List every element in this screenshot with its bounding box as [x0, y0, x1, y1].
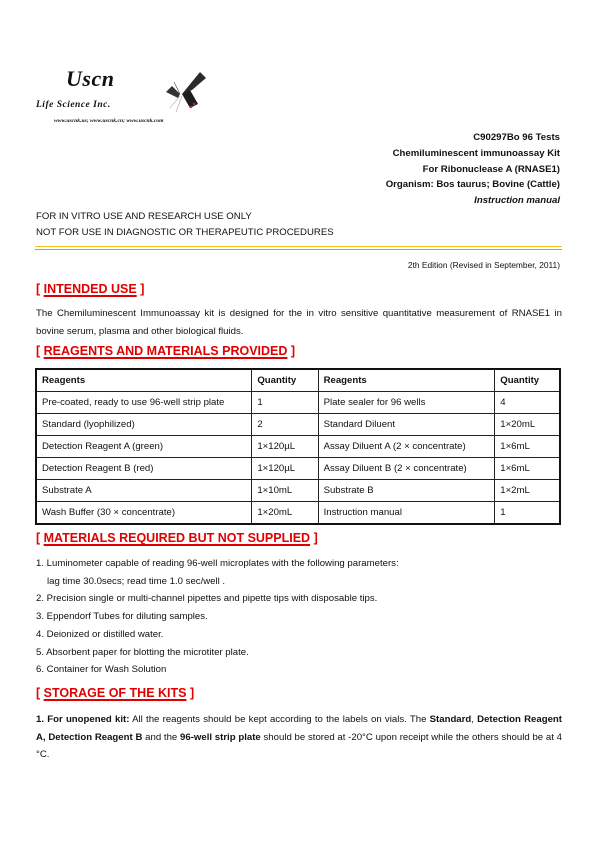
- table-row: Substrate A1×10mLSubstrate B1×2mL: [36, 480, 560, 502]
- list-item: 3. Eppendorf Tubes for diluting samples.: [36, 608, 399, 626]
- storage-text: 1. For unopened kit: All the reagents sh…: [36, 711, 562, 764]
- table-row: Detection Reagent B (red)1×120µLAssay Di…: [36, 458, 560, 480]
- reagent-name-cell: Substrate A: [36, 480, 252, 502]
- list-item: lag time 30.0secs; read time 1.0 sec/wel…: [36, 573, 399, 591]
- intended-use-text: The Chemiluminescent Immunoassay kit is …: [36, 305, 562, 340]
- quantity-cell: 1×10mL: [252, 480, 318, 502]
- section-heading-intended-use: [ INTENDED USE ]: [36, 282, 144, 296]
- product-header: C90297Bo 96 Tests Chemiluminescent immun…: [386, 130, 560, 209]
- reagent-name-cell: Assay Diluent B (2 × concentrate): [318, 458, 495, 480]
- reagent-name-cell: Standard (lyophilized): [36, 414, 252, 436]
- section-heading-reagents: [ REAGENTS AND MATERIALS PROVIDED ]: [36, 344, 295, 358]
- reagent-name-cell: Instruction manual: [318, 502, 495, 525]
- table-row: Pre-coated, ready to use 96-well strip p…: [36, 392, 560, 414]
- column-header: Reagents: [36, 369, 252, 392]
- disclaimer-line: NOT FOR USE IN DIAGNOSTIC OR THERAPEUTIC…: [36, 225, 334, 241]
- reagents-table: Reagents Quantity Reagents Quantity Pre-…: [35, 368, 561, 525]
- list-item: 6. Container for Wash Solution: [36, 661, 399, 679]
- list-item: 4. Deionized or distilled water.: [36, 626, 399, 644]
- quantity-cell: 1: [495, 502, 560, 525]
- section-heading-materials: [ MATERIALS REQUIRED BUT NOT SUPPLIED ]: [36, 531, 318, 545]
- edition-note: 2th Edition (Revised in September, 2011): [408, 260, 560, 270]
- company-logo: Uscn Life Science Inc. www.uscnk.us; www…: [36, 66, 216, 130]
- column-header: Quantity: [495, 369, 560, 392]
- reagent-name-cell: Detection Reagent B (red): [36, 458, 252, 480]
- quantity-cell: 1×20mL: [495, 414, 560, 436]
- table-row: Wash Buffer (30 × concentrate)1×20mLInst…: [36, 502, 560, 525]
- reagent-name-cell: Standard Diluent: [318, 414, 495, 436]
- kit-target: For Ribonuclease A (RNASE1): [386, 162, 560, 178]
- list-item: 2. Precision single or multi-channel pip…: [36, 590, 399, 608]
- quantity-cell: 1×120µL: [252, 436, 318, 458]
- reagent-name-cell: Detection Reagent A (green): [36, 436, 252, 458]
- section-heading-storage: [ STORAGE OF THE KITS ]: [36, 686, 194, 700]
- materials-list: 1. Luminometer capable of reading 96-wel…: [36, 555, 399, 679]
- table-row: Detection Reagent A (green)1×120µLAssay …: [36, 436, 560, 458]
- reagent-name-cell: Substrate B: [318, 480, 495, 502]
- reagent-name-cell: Assay Diluent A (2 × concentrate): [318, 436, 495, 458]
- divider-rule: [35, 249, 562, 250]
- quantity-cell: 4: [495, 392, 560, 414]
- reagent-name-cell: Pre-coated, ready to use 96-well strip p…: [36, 392, 252, 414]
- quantity-cell: 1×120µL: [252, 458, 318, 480]
- logo-brand: Uscn: [66, 66, 114, 92]
- butterfly-icon: [160, 68, 208, 116]
- column-header: Quantity: [252, 369, 318, 392]
- disclaimer-line: FOR IN VITRO USE AND RESEARCH USE ONLY: [36, 209, 334, 225]
- reagent-name-cell: Wash Buffer (30 × concentrate): [36, 502, 252, 525]
- table-row: Standard (lyophilized)2Standard Diluent1…: [36, 414, 560, 436]
- reagent-name-cell: Plate sealer for 96 wells: [318, 392, 495, 414]
- kit-type: Chemiluminescent immunoassay Kit: [386, 146, 560, 162]
- column-header: Reagents: [318, 369, 495, 392]
- quantity-cell: 1×6mL: [495, 458, 560, 480]
- quantity-cell: 1×20mL: [252, 502, 318, 525]
- logo-company: Life Science Inc.: [36, 100, 111, 110]
- organism: Organism: Bos taurus; Bovine (Cattle): [386, 177, 560, 193]
- quantity-cell: 1×6mL: [495, 436, 560, 458]
- document-type: Instruction manual: [386, 193, 560, 209]
- table-header-row: Reagents Quantity Reagents Quantity: [36, 369, 560, 392]
- quantity-cell: 1×2mL: [495, 480, 560, 502]
- list-item: 1. Luminometer capable of reading 96-wel…: [36, 555, 399, 573]
- divider-rule: [35, 246, 562, 247]
- list-item: 5. Absorbent paper for blotting the micr…: [36, 644, 399, 662]
- logo-websites: www.uscnk.us; www.uscnk.cn; www.uscnk.co…: [54, 118, 163, 124]
- catalog-number: C90297Bo 96 Tests: [386, 130, 560, 146]
- disclaimer: FOR IN VITRO USE AND RESEARCH USE ONLY N…: [36, 209, 334, 240]
- quantity-cell: 1: [252, 392, 318, 414]
- quantity-cell: 2: [252, 414, 318, 436]
